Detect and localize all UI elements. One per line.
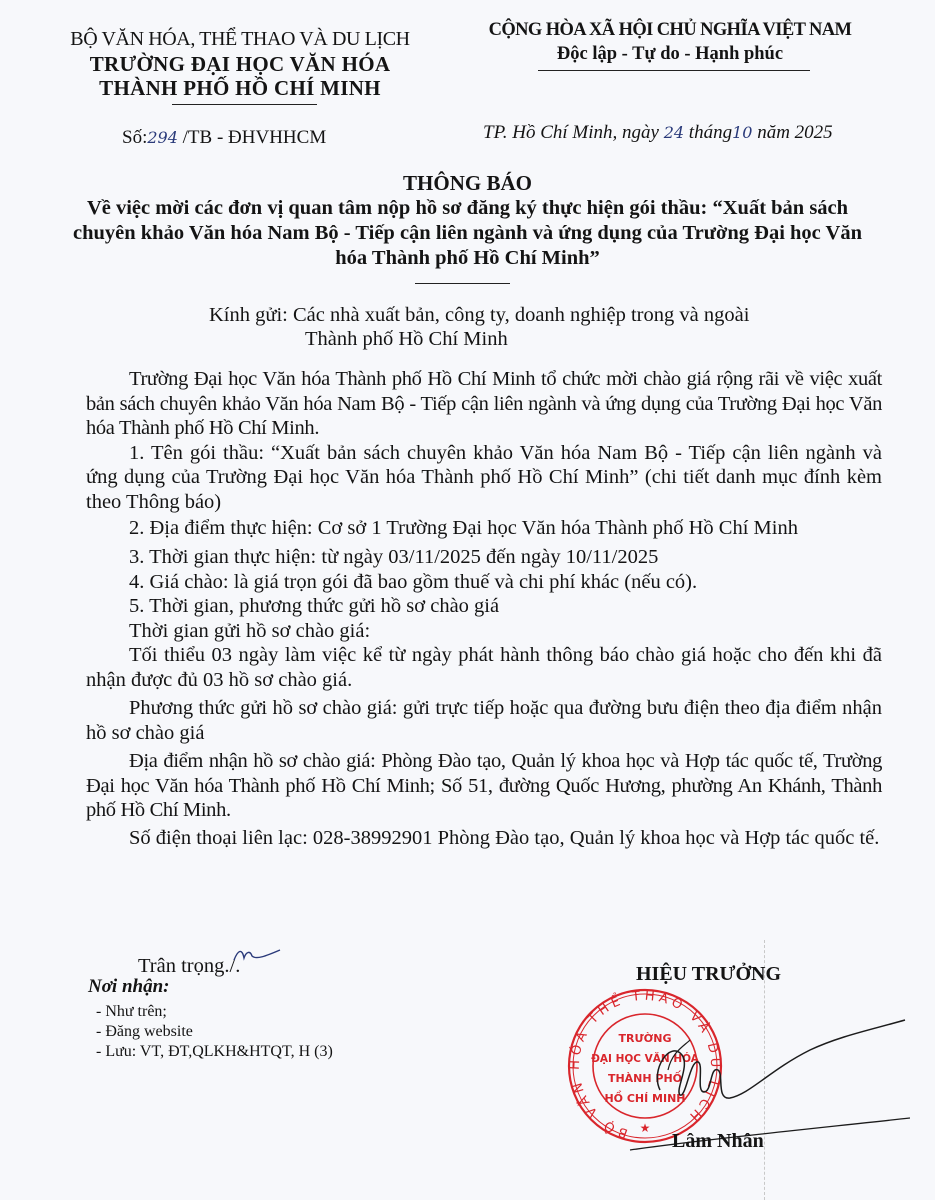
- receiver-item: - Lưu: VT, ĐT,QLKH&HTQT, H (3): [96, 1043, 333, 1061]
- republic-name: CỘNG HÒA XÃ HỘI CHỦ NGHĨA VIỆT NAM: [470, 20, 870, 41]
- doc-number-prefix: Số:: [122, 127, 147, 148]
- date-day: 24: [664, 123, 684, 142]
- principal-signature-icon: [620, 1000, 910, 1170]
- initial-signature-icon: [232, 946, 282, 966]
- document-number: Số:294 /TB - ĐHVHHCM: [122, 127, 326, 149]
- submit-time: Tối thiểu 03 ngày làm việc kể từ ngày ph…: [86, 643, 882, 692]
- item-4: 4. Giá chào: là giá trọn gói đã bao gồm …: [86, 570, 882, 595]
- item-5: 5. Thời gian, phương thức gửi hồ sơ chào…: [86, 594, 882, 619]
- national-motto: Độc lập - Tự do - Hạnh phúc: [470, 44, 870, 65]
- doc-number-suffix: /TB - ĐHVHHCM: [178, 127, 326, 148]
- receiver-item: - Đăng website: [96, 1023, 193, 1041]
- date-month: 10: [732, 123, 752, 142]
- item-3: 3. Thời gian thực hiện: từ ngày 03/11/20…: [86, 545, 882, 570]
- item-1: 1. Tên gói thầu: “Xuất bản sách chuyên k…: [86, 441, 882, 515]
- receiver-item: - Như trên;: [96, 1003, 167, 1021]
- submit-method: Phương thức gửi hồ sơ chào giá: gửi trực…: [86, 696, 882, 745]
- recipient-line2: Thành phố Hồ Chí Minh: [305, 328, 508, 351]
- place-date: TP. Hồ Chí Minh, ngày 24 tháng10 năm 202…: [483, 122, 833, 144]
- submit-place: Địa điểm nhận hồ sơ chào giá: Phòng Đào …: [86, 749, 882, 823]
- receivers-title: Nơi nhận:: [88, 976, 169, 998]
- date-month-label: tháng: [684, 122, 732, 143]
- document-title: THÔNG BÁO: [0, 171, 935, 196]
- ministry-name: BỘ VĂN HÓA, THỂ THAO VÀ DU LỊCH: [55, 28, 425, 51]
- title-underline: [415, 283, 510, 284]
- school-name-line2: THÀNH PHỐ HỒ CHÍ MINH: [55, 76, 425, 101]
- submit-time-label: Thời gian gửi hồ sơ chào giá:: [86, 619, 882, 644]
- date-prefix: TP. Hồ Chí Minh, ngày: [483, 122, 664, 143]
- document-page: BỘ VĂN HÓA, THỂ THAO VÀ DU LỊCH TRƯỜNG Đ…: [0, 0, 935, 1200]
- signer-name: Lâm Nhân: [672, 1130, 764, 1153]
- doc-number-handwritten: 294: [147, 128, 178, 147]
- contact-phone: Số điện thoại liên lạc: 028-38992901 Phò…: [86, 823, 882, 853]
- school-name-line1: TRƯỜNG ĐẠI HỌC VĂN HÓA: [55, 52, 425, 77]
- header-right-underline: [538, 70, 810, 71]
- document-subject: Về việc mời các đơn vị quan tâm nộp hồ s…: [60, 196, 875, 271]
- date-year: năm 2025: [752, 122, 832, 143]
- header-left-underline: [172, 104, 317, 105]
- regards: Trân trọng./.: [138, 955, 240, 978]
- item-2: 2. Địa điểm thực hiện: Cơ sở 1 Trường Đạ…: [86, 514, 882, 543]
- intro-paragraph: Trường Đại học Văn hóa Thành phố Hồ Chí …: [86, 367, 882, 441]
- recipient-line1: Kính gửi: Các nhà xuất bản, công ty, doa…: [209, 304, 749, 327]
- body: Trường Đại học Văn hóa Thành phố Hồ Chí …: [86, 367, 882, 853]
